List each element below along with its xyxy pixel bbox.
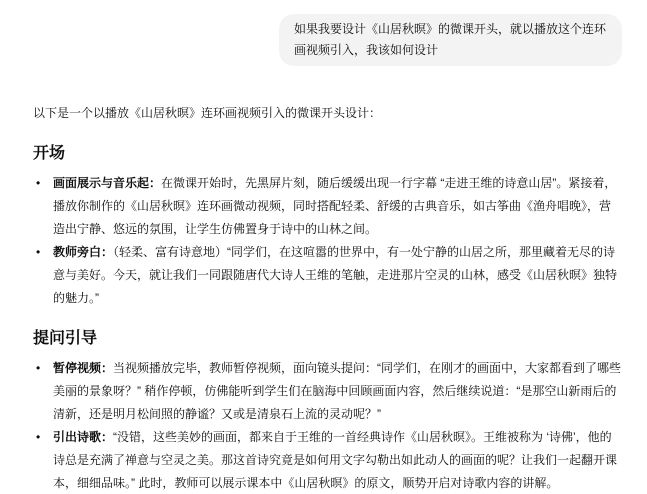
bullet-label: 引出诗歌： [53,430,113,444]
bullet-label: 画面展示与音乐起： [53,176,161,190]
bullet-text: 当视频播放完毕，教师暂停视频，面向镜头提问：“同学们，在刚才的画面中，大家都看到… [53,361,621,421]
list-item: 画面展示与音乐起：在微课开始时，先黑屏片刻，随后缓缓出现一行字幕 “走进王维的诗… [33,172,622,241]
section-heading-question-guide: 提问引导 [33,328,622,350]
bullet-text: “没错，这些美妙的画面，都来自于王维的一首经典诗作《山居秋暝》。王维被称为 ‘诗… [53,430,617,490]
bullet-label: 暂停视频： [53,361,113,375]
user-message-row: 如果我要设计《山居秋暝》的微课开头，就以播放这个连环画视频引入，我该如何设计 [33,14,622,66]
section-heading-opening: 开场 [33,143,622,165]
bullet-text: （轻柔、富有诗意地）“同学们，在这喧嚣的世界中，有一处宁静的山居之所，那里藏着无… [53,245,617,305]
chat-conversation: 如果我要设计《山居秋暝》的微课开头，就以播放这个连环画视频引入，我该如何设计 以… [0,0,647,494]
opening-bullet-list: 画面展示与音乐起：在微课开始时，先黑屏片刻，随后缓缓出现一行字幕 “走进王维的诗… [33,172,622,310]
list-item: 教师旁白：（轻柔、富有诗意地）“同学们，在这喧嚣的世界中，有一处宁静的山居之所，… [33,241,622,310]
assistant-response: 以下是一个以播放《山居秋暝》连环画视频引入的微课开头设计： 开场 画面展示与音乐… [33,102,622,494]
user-message-text: 如果我要设计《山居秋暝》的微课开头，就以播放这个连环画视频引入，我该如何设计 [294,22,606,57]
assistant-intro-paragraph: 以下是一个以播放《山居秋暝》连环画视频引入的微课开头设计： [33,102,622,125]
question-guide-bullet-list: 暂停视频：当视频播放完毕，教师暂停视频，面向镜头提问：“同学们，在刚才的画面中，… [33,357,622,494]
list-item: 引出诗歌：“没错，这些美妙的画面，都来自于王维的一首经典诗作《山居秋暝》。王维被… [33,426,622,494]
bullet-label: 教师旁白： [53,245,113,259]
list-item: 暂停视频：当视频播放完毕，教师暂停视频，面向镜头提问：“同学们，在刚才的画面中，… [33,357,622,426]
user-message-bubble: 如果我要设计《山居秋暝》的微课开头，就以播放这个连环画视频引入，我该如何设计 [279,14,622,66]
